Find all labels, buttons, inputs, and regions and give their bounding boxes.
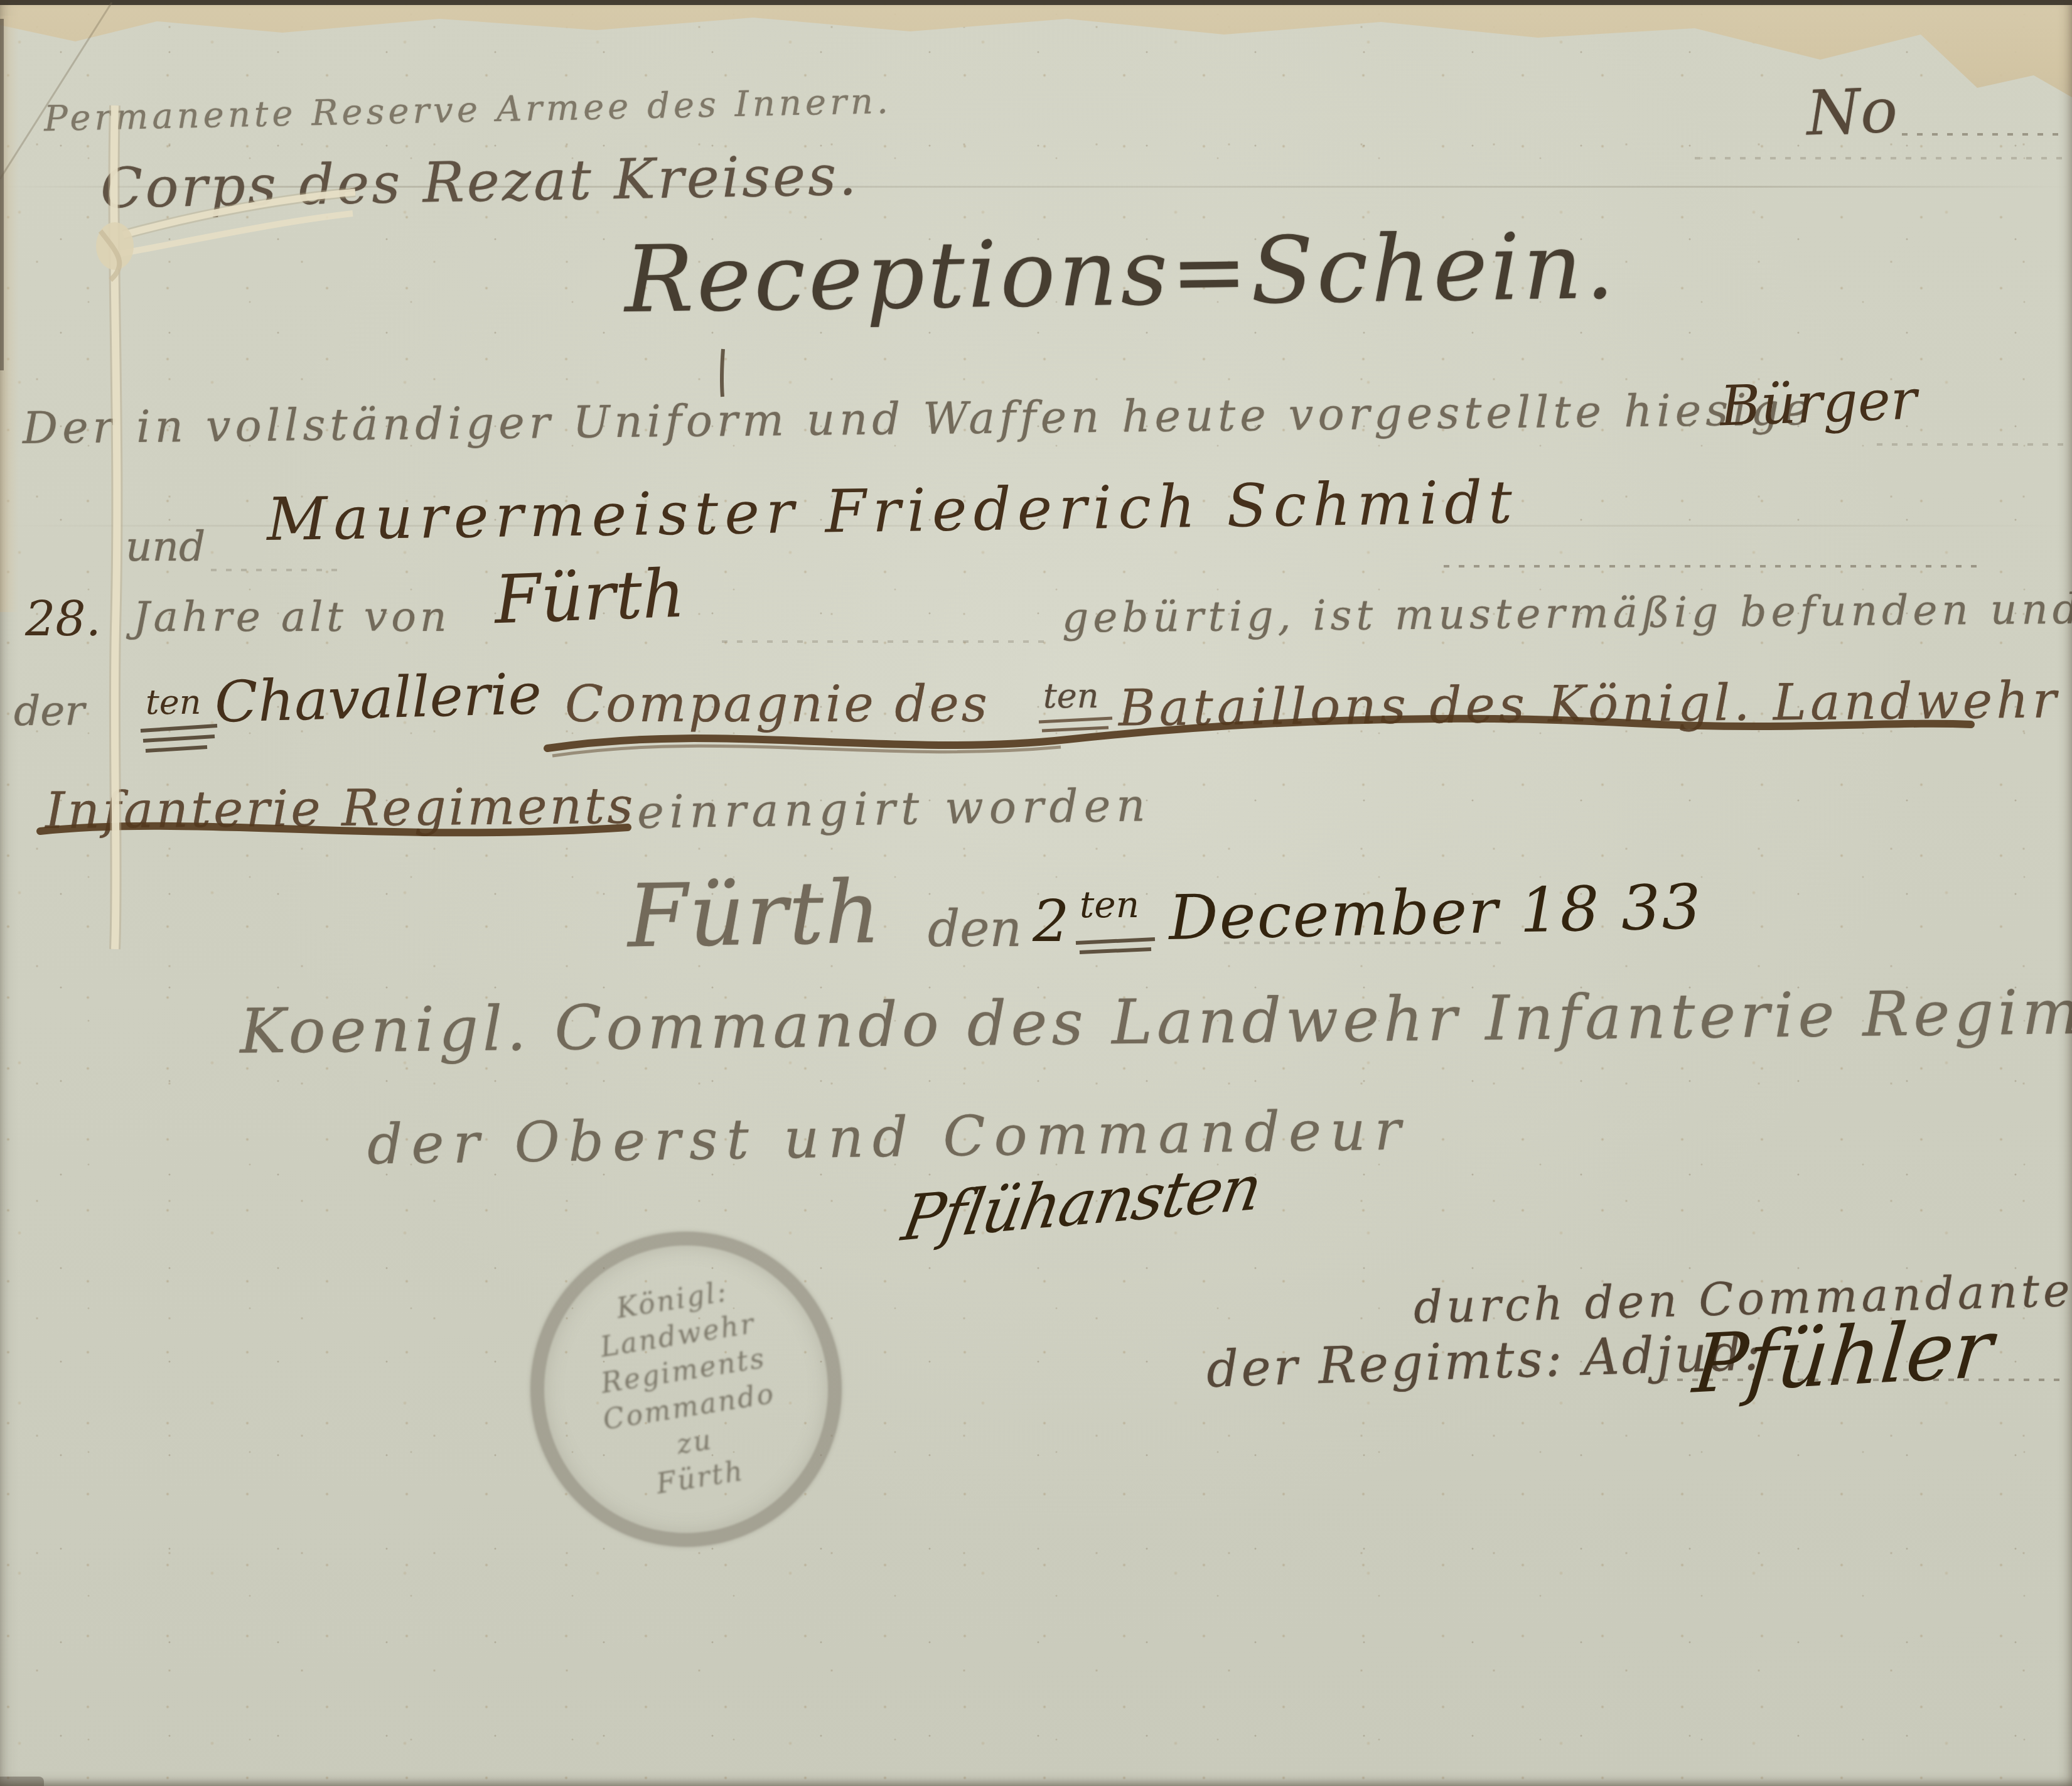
dateline-fill-dots: [1224, 942, 1506, 944]
age-value: 28.: [25, 595, 101, 643]
dateline-place: Fürth: [627, 869, 883, 960]
document-sheet: Permanente Reserve Armee des Innern. Cor…: [0, 0, 2072, 1786]
regiment-stamp: Königl: Landwehr Regiments Commando zu F…: [530, 1232, 842, 1547]
unit-line-2: Corps des Rezat Kreises.: [100, 148, 859, 216]
line4-struck-b: Bataillons des Königl. Landwehr: [1119, 675, 2061, 733]
line3-fill-dots: [722, 640, 1048, 643]
ten2-underline: [1039, 718, 1112, 731]
torn-top-edge: [0, 0, 2072, 100]
body-line1-handwritten: Bürger: [1719, 372, 1918, 434]
line5-struck: Infanterie Regiments: [45, 781, 636, 836]
strike-line-1b: [552, 746, 1061, 756]
line4-superscript-1: ten: [146, 686, 201, 719]
ten1-underline: [141, 726, 217, 751]
body-line4-printed: der: [14, 691, 85, 732]
left-edge-shadow: [0, 19, 4, 370]
stray-pen-mark: [722, 349, 723, 397]
line1-fill-dots: [1877, 443, 2065, 446]
adjutant-signature: Pfühler: [1690, 1309, 1996, 1406]
number-label: No: [1805, 80, 1898, 145]
adjutant-line: der Regimts: Adjud:: [1206, 1327, 1764, 1395]
dateline-superscript: ten: [1080, 886, 1139, 923]
bottom-left-notch: [0, 1777, 44, 1786]
dateline-day: 2: [1033, 893, 1070, 950]
body-line3-printed-a: Jahre alt von: [133, 596, 450, 638]
body-line1-printed: Der in vollständiger Uniform und Waffen …: [23, 387, 1814, 450]
line2-fill-dots-a: [211, 569, 343, 571]
regiment-stamp-text: Königl: Landwehr Regiments Commando zu F…: [583, 1269, 788, 1509]
body-line4-handwritten: Chavallerie: [214, 666, 542, 731]
doc-title: Receptions=Schein.: [624, 220, 1618, 326]
line4-superscript-2: ten: [1043, 679, 1098, 713]
line2-fill-dots-b: [1444, 565, 1983, 568]
unit-line-1: Permanente Reserve Armee des Innern.: [44, 84, 893, 137]
commando-line: Koenigl. Commando des Landwehr Infanteri…: [240, 980, 2072, 1063]
oberst-signature: Pflühansten: [898, 1156, 1265, 1251]
body-line3-printed-b: gebürtig, ist mustermäßig befunden und b…: [1062, 588, 2072, 639]
line5-printed: einrangirt worden: [637, 782, 1151, 834]
scan-top-edge: [0, 0, 2072, 5]
number-fill-line: [1902, 133, 2062, 136]
body-line2-printed: und: [126, 526, 205, 568]
body-line2-handwritten: Maurermeister Friederich Schmidt: [266, 473, 1518, 550]
dateline-month-year: December 18 33: [1168, 876, 1703, 949]
date-ten-underline: [1076, 939, 1155, 952]
line4-struck-a: Compagnie des: [565, 679, 990, 729]
place-value: Fürth: [493, 561, 686, 634]
number-fill-line-2: [1695, 157, 2068, 159]
dateline-den: den: [928, 904, 1022, 954]
